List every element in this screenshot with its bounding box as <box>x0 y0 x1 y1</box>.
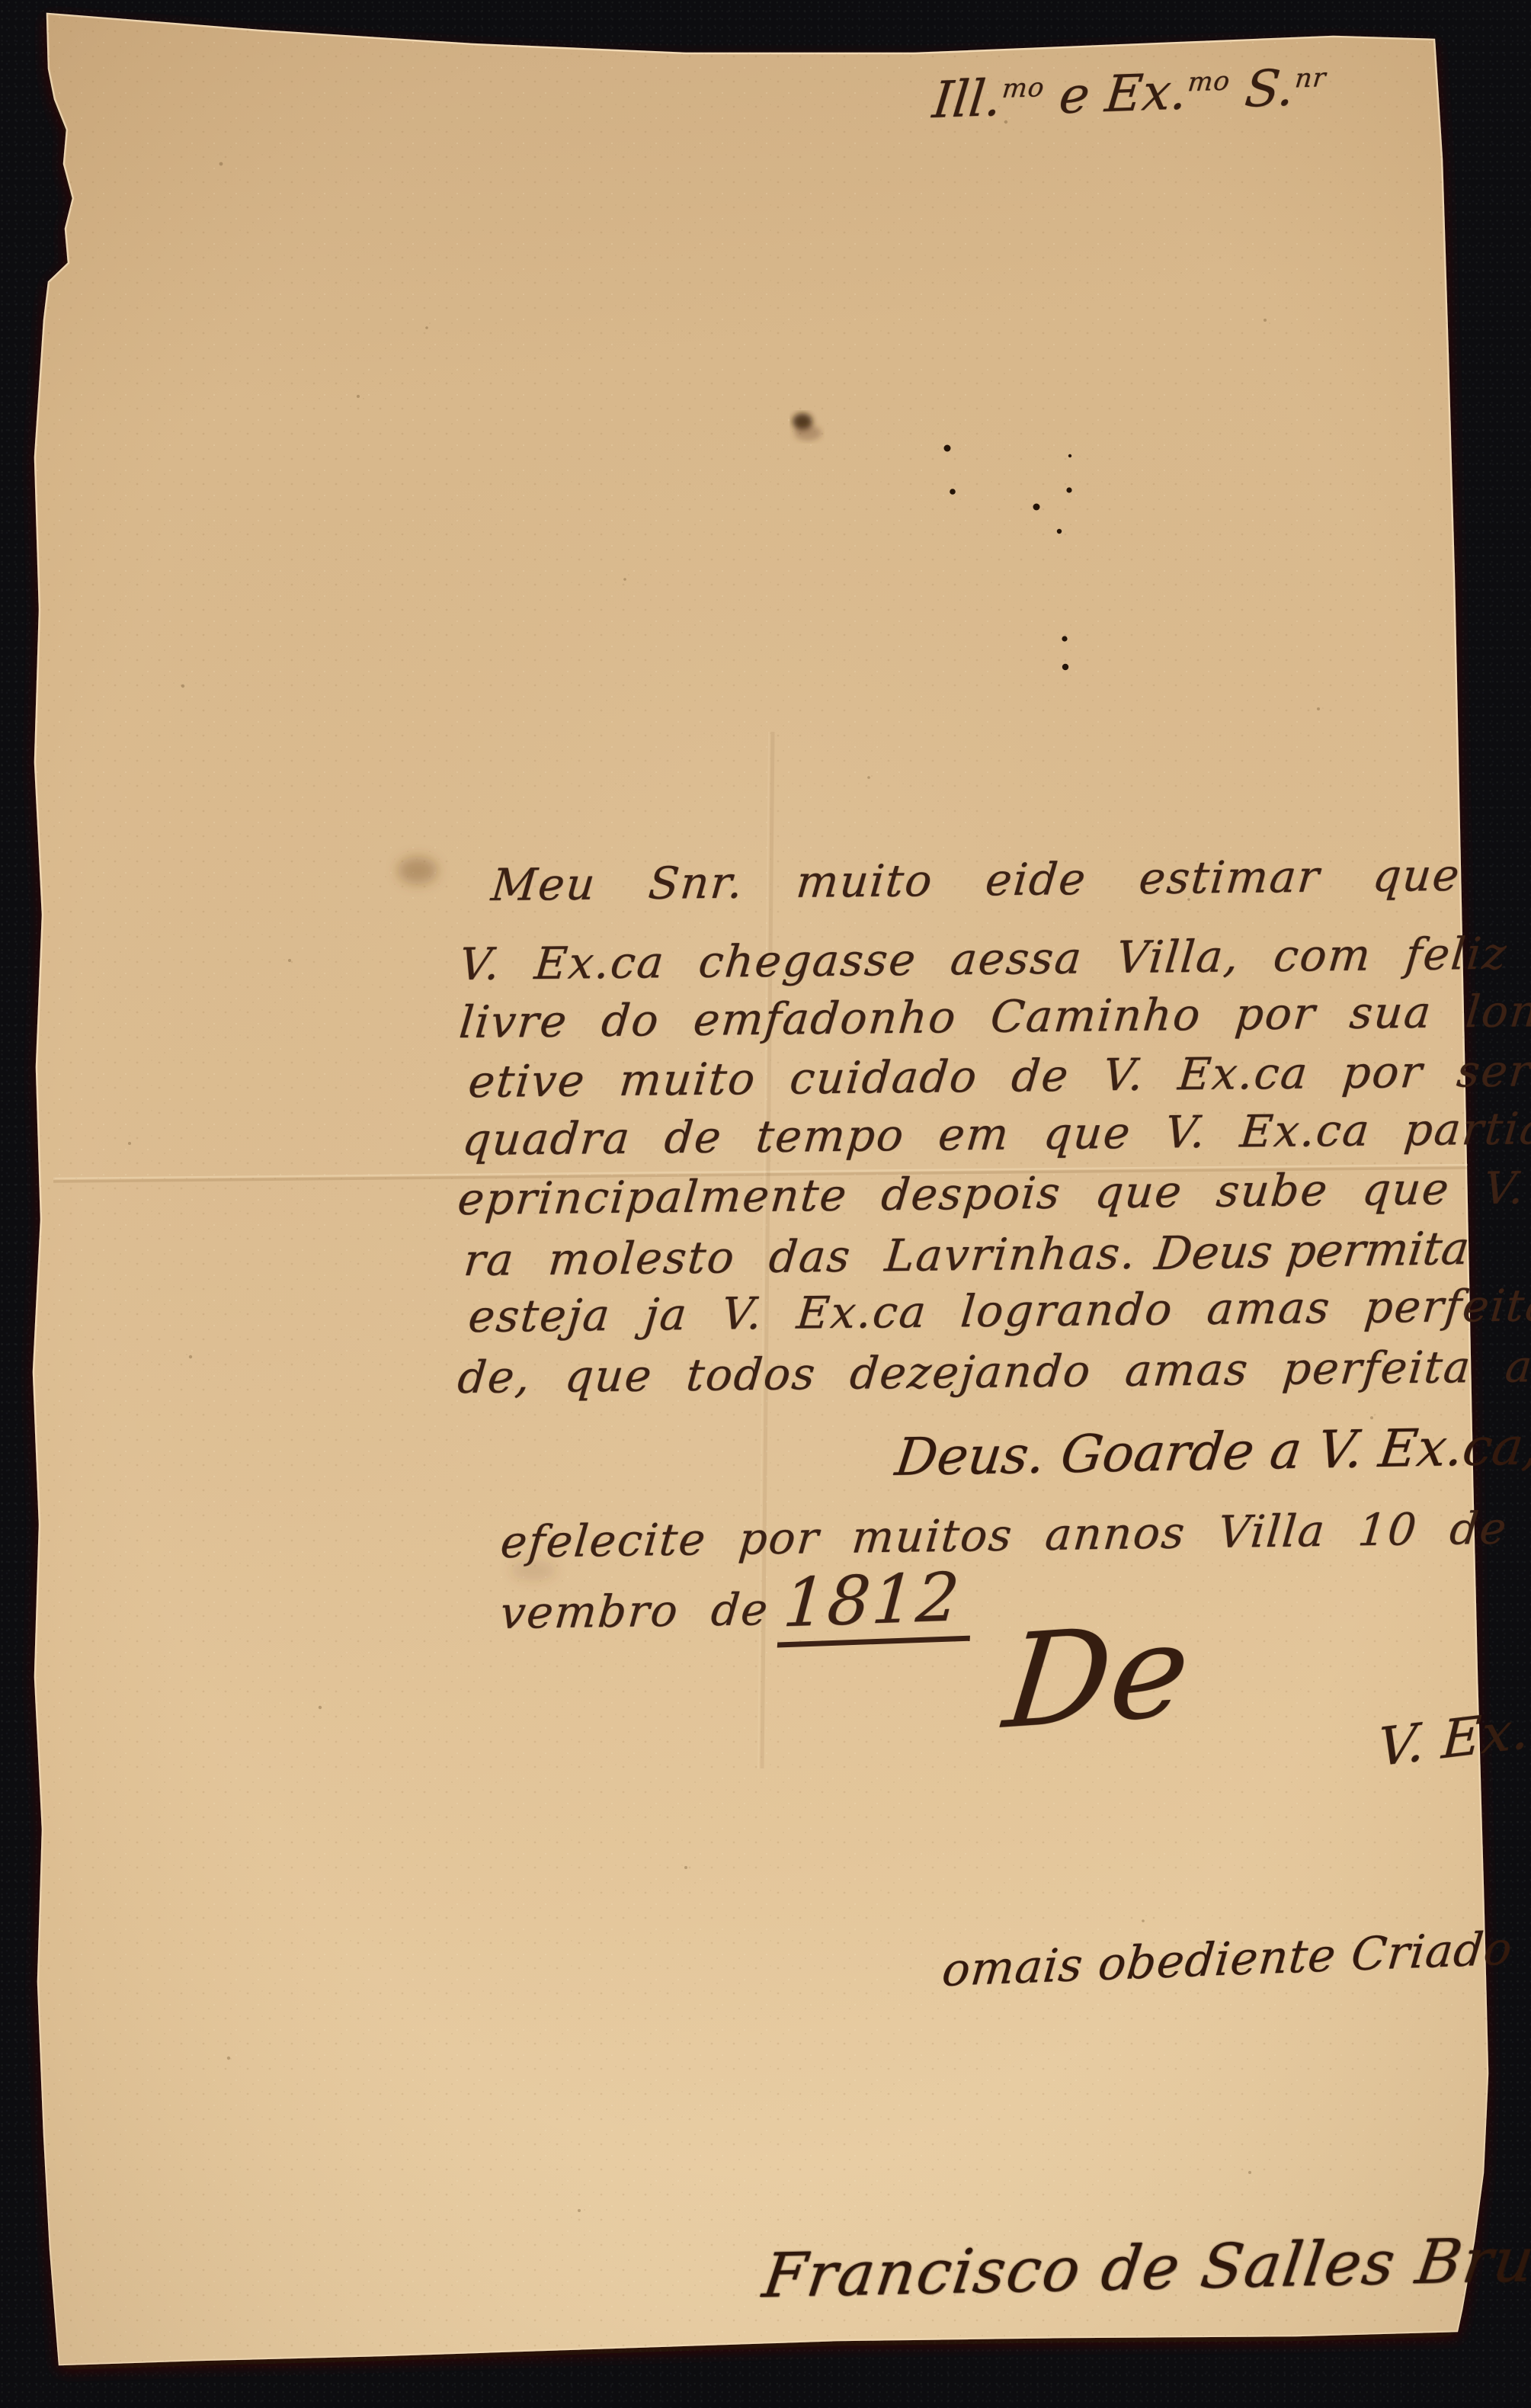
body-line-7: ra molesto das Lavrinhas. <box>462 1230 1139 1285</box>
photograph-of-letter: Ill.mo e Ex.mo S.nr Meu Snr. muito eide … <box>0 0 1531 2408</box>
aside-deus-permita: Deus permita <box>1152 1223 1472 1279</box>
body-line-8: esteja ja V. Ex.ca logrando amas perfeit… <box>466 1282 1472 1342</box>
salutation-superscript: nr <box>1293 63 1328 94</box>
salutation-seg: e Ex. <box>1040 62 1190 125</box>
body-line-4: etive muito cuidado de V. Ex.ca por ser … <box>466 1047 1472 1107</box>
body-line-1: Meu Snr. muito eide estimar que <box>489 851 1462 910</box>
salutation-superscript: mo <box>1187 66 1232 98</box>
salutation-seg: S. <box>1226 59 1297 120</box>
body-line-2: V. Ex.ca chegasse aessa Villa, com feliz… <box>457 930 1473 989</box>
year-1812: 1812 <box>777 1560 975 1648</box>
date-prefix: vembro de <box>498 1583 771 1639</box>
closing-deus-guarde: Deus. Goarde a V. Ex.ca, <box>892 1419 1531 1486</box>
body-line-6: eprincipalmente despois que sube que V. … <box>456 1165 1473 1224</box>
body-line-3: livre do emfadonho Caminho por sua longe… <box>457 986 1531 1047</box>
signature: Francisco de Salles Brutt <box>759 2225 1531 2310</box>
salutation-seg: Ill. <box>930 69 1004 130</box>
body-line-5: quadra de tempo em que V. Ex.ca partia d… <box>460 1105 1465 1165</box>
salutation-superscript: mo <box>1001 72 1046 104</box>
body-line-9: de, que todos dezejando amas perfeita a … <box>456 1343 1476 1403</box>
valediction-de: De <box>998 1599 1196 1754</box>
date-line-2: vembro de1812 <box>497 1562 975 1649</box>
